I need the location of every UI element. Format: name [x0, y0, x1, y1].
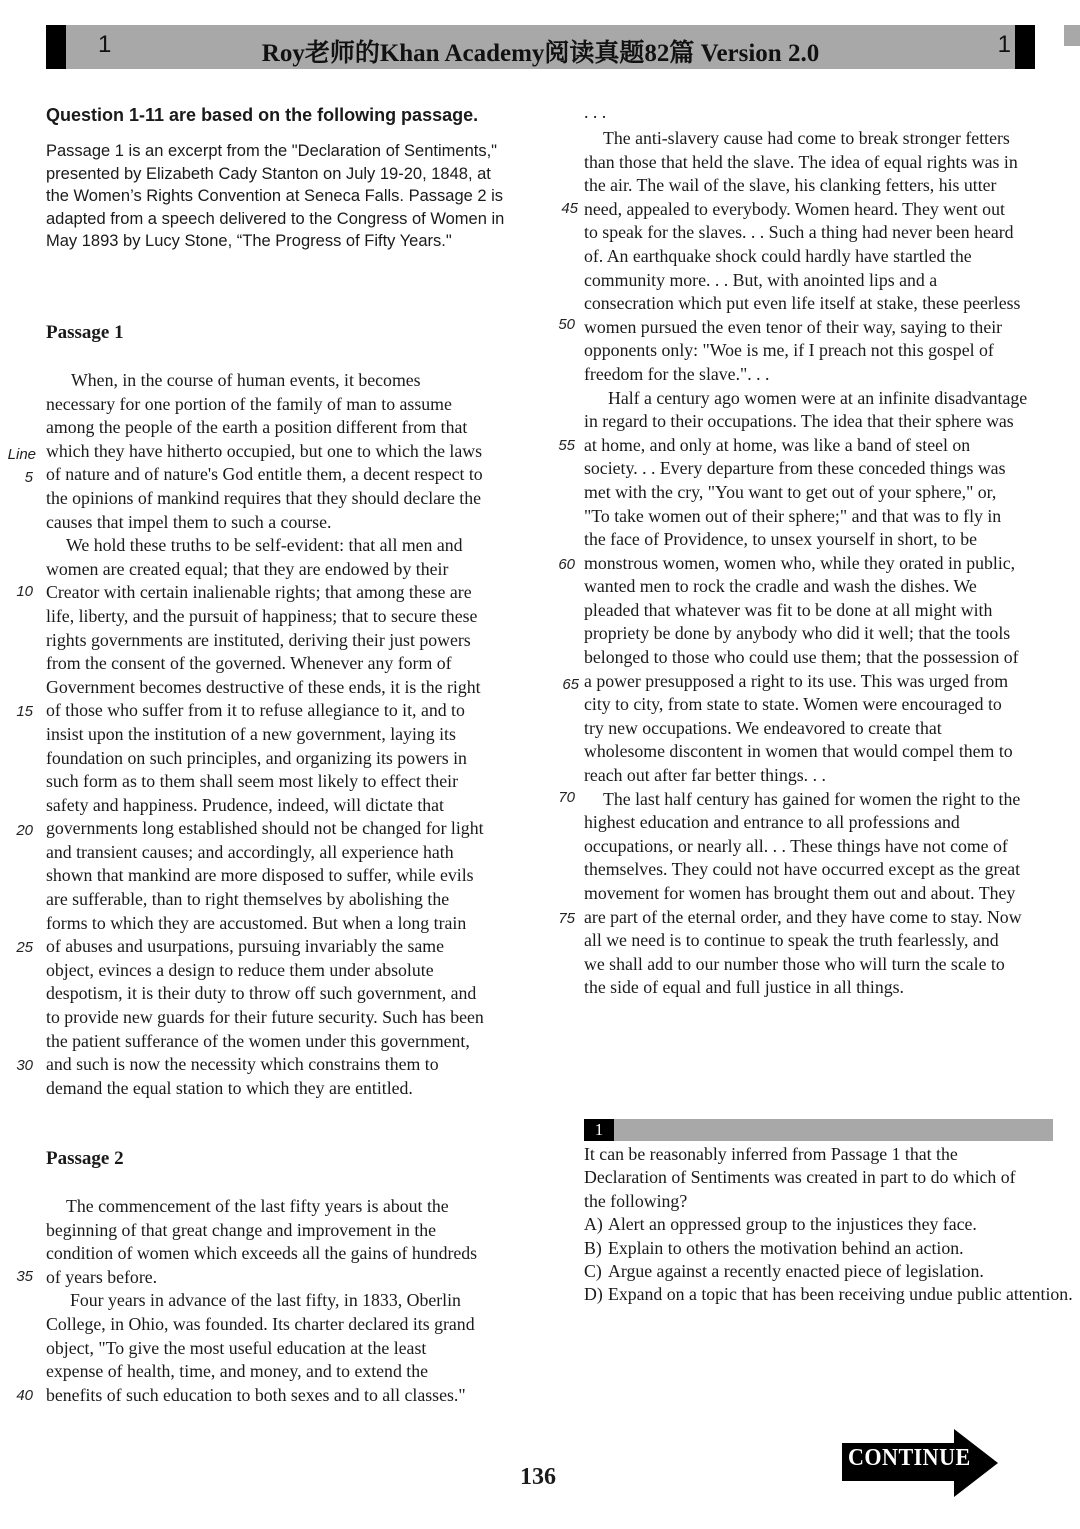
- line-number-5: 5: [3, 469, 33, 486]
- passage-line: freedom for the slave.". . .: [584, 363, 1027, 387]
- choice-text: Argue against a recently enacted piece o…: [608, 1261, 984, 1281]
- choice-letter: C): [584, 1260, 602, 1283]
- passage-line: We hold these truths to be self-evident:…: [46, 534, 484, 558]
- description-line: adapted from a speech delivered to the C…: [46, 208, 556, 231]
- passage-line: all we need is to continue to speak the …: [584, 929, 1027, 953]
- passage-line: in regard to their occupations. The idea…: [584, 410, 1027, 434]
- passage-line: of abuses and usurpations, pursuing inva…: [46, 935, 484, 959]
- passage-line: of nature and of nature's God entitle th…: [46, 463, 484, 487]
- passage-line: Government becomes destructive of these …: [46, 676, 484, 700]
- line-number-30: 30: [3, 1057, 33, 1074]
- passage-line: occupations, or nearly all. . . These th…: [584, 835, 1027, 859]
- passage-line: try new occupations. We endeavored to cr…: [584, 717, 1027, 741]
- passage-description: Passage 1 is an excerpt from the "Declar…: [46, 140, 556, 253]
- passage-line: among the people of the earth a position…: [46, 416, 484, 440]
- description-line: Passage 1 is an excerpt from the "Declar…: [46, 140, 556, 163]
- answer-choice-b[interactable]: B) Explain to others the motivation behi…: [584, 1237, 1076, 1260]
- line-number-35: 35: [3, 1268, 33, 1285]
- question-header-bar: 1: [584, 1119, 1053, 1141]
- passage-line: object, evinces a design to reduce them …: [46, 959, 484, 983]
- passage-line: When, in the course of human events, it …: [46, 369, 484, 393]
- line-number-45: 45: [548, 200, 578, 217]
- passage2-heading: Passage 2: [46, 1148, 124, 1170]
- passage-line: wholesome discontent in women that would…: [584, 740, 1027, 764]
- passage1-text: When, in the course of human events, it …: [46, 369, 484, 1100]
- passage-line: causes that impel them to such a course.: [46, 511, 484, 535]
- passage-line: expense of health, time, and money, and …: [46, 1360, 477, 1384]
- question-stem-line: the following?: [584, 1190, 1076, 1213]
- passage-line: propriety be done by anybody who did it …: [584, 622, 1027, 646]
- passage-line: of those who suffer from it to refuse al…: [46, 699, 484, 723]
- question-stem-line: It can be reasonably inferred from Passa…: [584, 1143, 1076, 1166]
- answer-choice-d[interactable]: D) Expand on a topic that has been recei…: [584, 1283, 1076, 1306]
- passage-line: a power presupposed a right to its use. …: [584, 670, 1027, 694]
- passage-line: women are created equal; that they are e…: [46, 558, 484, 582]
- intro-section: Question 1-11 are based on the following…: [46, 100, 556, 253]
- passage-line: "To take women out of their sphere;" and…: [584, 505, 1027, 529]
- passage2-text-right: . . . The anti-slavery cause had come to…: [584, 104, 1027, 1000]
- passage-line: than those that held the slave. The idea…: [584, 151, 1027, 175]
- passage-line: the patient sufferance of the women unde…: [46, 1030, 484, 1054]
- passage-line: foundation on such principles, and organ…: [46, 747, 484, 771]
- question-block: It can be reasonably inferred from Passa…: [584, 1143, 1076, 1307]
- answer-choice-c[interactable]: C) Argue against a recently enacted piec…: [584, 1260, 1076, 1283]
- passage-line: to speak for the slaves. . . Such a thin…: [584, 221, 1027, 245]
- line-number-15: 15: [3, 703, 33, 720]
- passage-line: and transient causes; and accordingly, a…: [46, 841, 484, 865]
- passage-line: movement for women has brought them out …: [584, 882, 1027, 906]
- passage-line: highest education and entrance to all pr…: [584, 811, 1027, 835]
- line-number-55: 55: [545, 437, 575, 454]
- line-number-50: 50: [545, 316, 575, 333]
- passage-line: rights governments are instituted, deriv…: [46, 629, 484, 653]
- choice-text: Explain to others the motivation behind …: [608, 1238, 964, 1258]
- passage-line: safety and happiness. Prudence, indeed, …: [46, 794, 484, 818]
- passage-line: consecration which put even life itself …: [584, 292, 1027, 316]
- line-number-75: 75: [545, 910, 575, 927]
- passage-line: are part of the eternal order, and they …: [584, 906, 1027, 930]
- passage-line: the side of equal and full justice in al…: [584, 976, 1027, 1000]
- passage-line: women pursued the even tenor of their wa…: [584, 316, 1027, 340]
- choice-text: Alert an oppressed group to the injustic…: [608, 1214, 977, 1234]
- line-number-20: 20: [3, 822, 33, 839]
- passage-line: insist upon the institution of a new gov…: [46, 723, 484, 747]
- passage-line: necessary for one portion of the family …: [46, 393, 484, 417]
- passage-line: such form as to them shall seem most lik…: [46, 770, 484, 794]
- passage-line: from the consent of the governed. Whenev…: [46, 652, 484, 676]
- passage-line: met with the cry, "You want to get out o…: [584, 481, 1027, 505]
- passage1-heading: Passage 1: [46, 322, 124, 344]
- passage-line: to provide new guards for their future s…: [46, 1006, 484, 1030]
- passage-line: despotism, it is their duty to throw off…: [46, 982, 484, 1006]
- passage-line: life, liberty, and the pursuit of happin…: [46, 605, 484, 629]
- passage-line: Creator with certain inalienable rights;…: [46, 581, 484, 605]
- passage-line: reach out after far better things. . .: [584, 764, 1027, 788]
- header-title: Roy老师的Khan Academy阅读真题82篇 Version 2.0: [46, 33, 1035, 69]
- passage-line: are sufferable, than to right themselves…: [46, 888, 484, 912]
- passage-line: condition of women which exceeds all the…: [46, 1242, 477, 1266]
- passage2-text-left: The commencement of the last fifty years…: [46, 1195, 477, 1407]
- choice-letter: B): [584, 1237, 602, 1260]
- passage-line: of. An earthquake shock could hardly hav…: [584, 245, 1027, 269]
- passage-line: the air. The wail of the slave, his clan…: [584, 174, 1027, 198]
- description-line: presented by Elizabeth Cady Stanton on J…: [46, 163, 556, 186]
- ellipsis-line: . . .: [584, 104, 1027, 127]
- line-number-60: 60: [545, 556, 575, 573]
- passage-line: governments long established should not …: [46, 817, 484, 841]
- choice-letter: A): [584, 1213, 603, 1236]
- question-range-heading: Question 1-11 are based on the following…: [46, 104, 556, 126]
- passage-line: we shall add to our number those who wil…: [584, 953, 1027, 977]
- passage-line: and such is now the necessity which cons…: [46, 1053, 484, 1077]
- choice-letter: D): [584, 1283, 603, 1306]
- passage-line: wanted men to rock the cradle and wash t…: [584, 575, 1027, 599]
- passage-line: the face of Providence, to unsex yoursel…: [584, 528, 1027, 552]
- line-number-40: 40: [3, 1387, 33, 1404]
- passage-line: Half a century ago women were at an infi…: [584, 387, 1027, 411]
- header-section-number-right: 1: [998, 31, 1011, 59]
- page-header-bar: 1 Roy老师的Khan Academy阅读真题82篇 Version 2.0 …: [46, 25, 1035, 69]
- page-number: 136: [520, 1464, 556, 1491]
- continue-arrow-button[interactable]: CONTINUE: [842, 1429, 998, 1497]
- passage-line: which they have hitherto occupied, but o…: [46, 440, 484, 464]
- passage-line: object, "To give the most useful educati…: [46, 1337, 477, 1361]
- passage-line: pleaded that whatever was fit to be done…: [584, 599, 1027, 623]
- question-stem-line: Declaration of Sentiments was created in…: [584, 1166, 1076, 1189]
- passage-line: monstrous women, women who, while they o…: [584, 552, 1027, 576]
- passage-line: demand the equal station to which they a…: [46, 1077, 484, 1101]
- description-line: May 1893 by Lucy Stone, “The Progress of…: [46, 230, 556, 253]
- passage-line: society. . . Every departure from these …: [584, 457, 1027, 481]
- passage-line: The commencement of the last fifty years…: [46, 1195, 477, 1219]
- passage-line: of years before.: [46, 1266, 477, 1290]
- header-tab-stub: [1064, 25, 1080, 46]
- passage-line: at home, and only at home, was like a ba…: [584, 434, 1027, 458]
- line-number-65: 65: [549, 676, 579, 693]
- passage-line: benefits of such education to both sexes…: [46, 1384, 477, 1408]
- passage-line: city to city, from state to state. Women…: [584, 693, 1027, 717]
- passage-line: The anti-slavery cause had come to break…: [584, 127, 1027, 151]
- line-number-70: 70: [545, 789, 575, 806]
- answer-choice-a[interactable]: A) Alert an oppressed group to the injus…: [584, 1213, 1076, 1236]
- passage-line: opponents only: "Woe is me, if I preach …: [584, 339, 1027, 363]
- passage-line: forms to which they are accustomed. But …: [46, 912, 484, 936]
- line-number-25: 25: [3, 939, 33, 956]
- passage-line: need, appealed to everybody. Women heard…: [584, 198, 1027, 222]
- line-label: Line: [6, 446, 36, 463]
- line-number-10: 10: [3, 583, 33, 600]
- choice-text: Expand on a topic that has been receivin…: [608, 1284, 1073, 1304]
- passage-line: College, in Ohio, was founded. Its chart…: [46, 1313, 477, 1337]
- continue-label: CONTINUE: [848, 1445, 971, 1472]
- passage-line: belonged to those who could use them; th…: [584, 646, 1027, 670]
- description-line: the Women’s Rights Convention at Seneca …: [46, 185, 556, 208]
- passage-line: Four years in advance of the last fifty,…: [46, 1289, 477, 1313]
- passage-line: beginning of that great change and impro…: [46, 1219, 477, 1243]
- passage-line: The last half century has gained for wom…: [584, 788, 1027, 812]
- passage-line: community more. . . But, with anointed l…: [584, 269, 1027, 293]
- passage-line: themselves. They could not have occurred…: [584, 858, 1027, 882]
- passage-line: shown that mankind are more disposed to …: [46, 864, 484, 888]
- passage-line: the opinions of mankind requires that th…: [46, 487, 484, 511]
- header-right-block: [1015, 25, 1035, 69]
- question-number-badge: 1: [584, 1119, 614, 1141]
